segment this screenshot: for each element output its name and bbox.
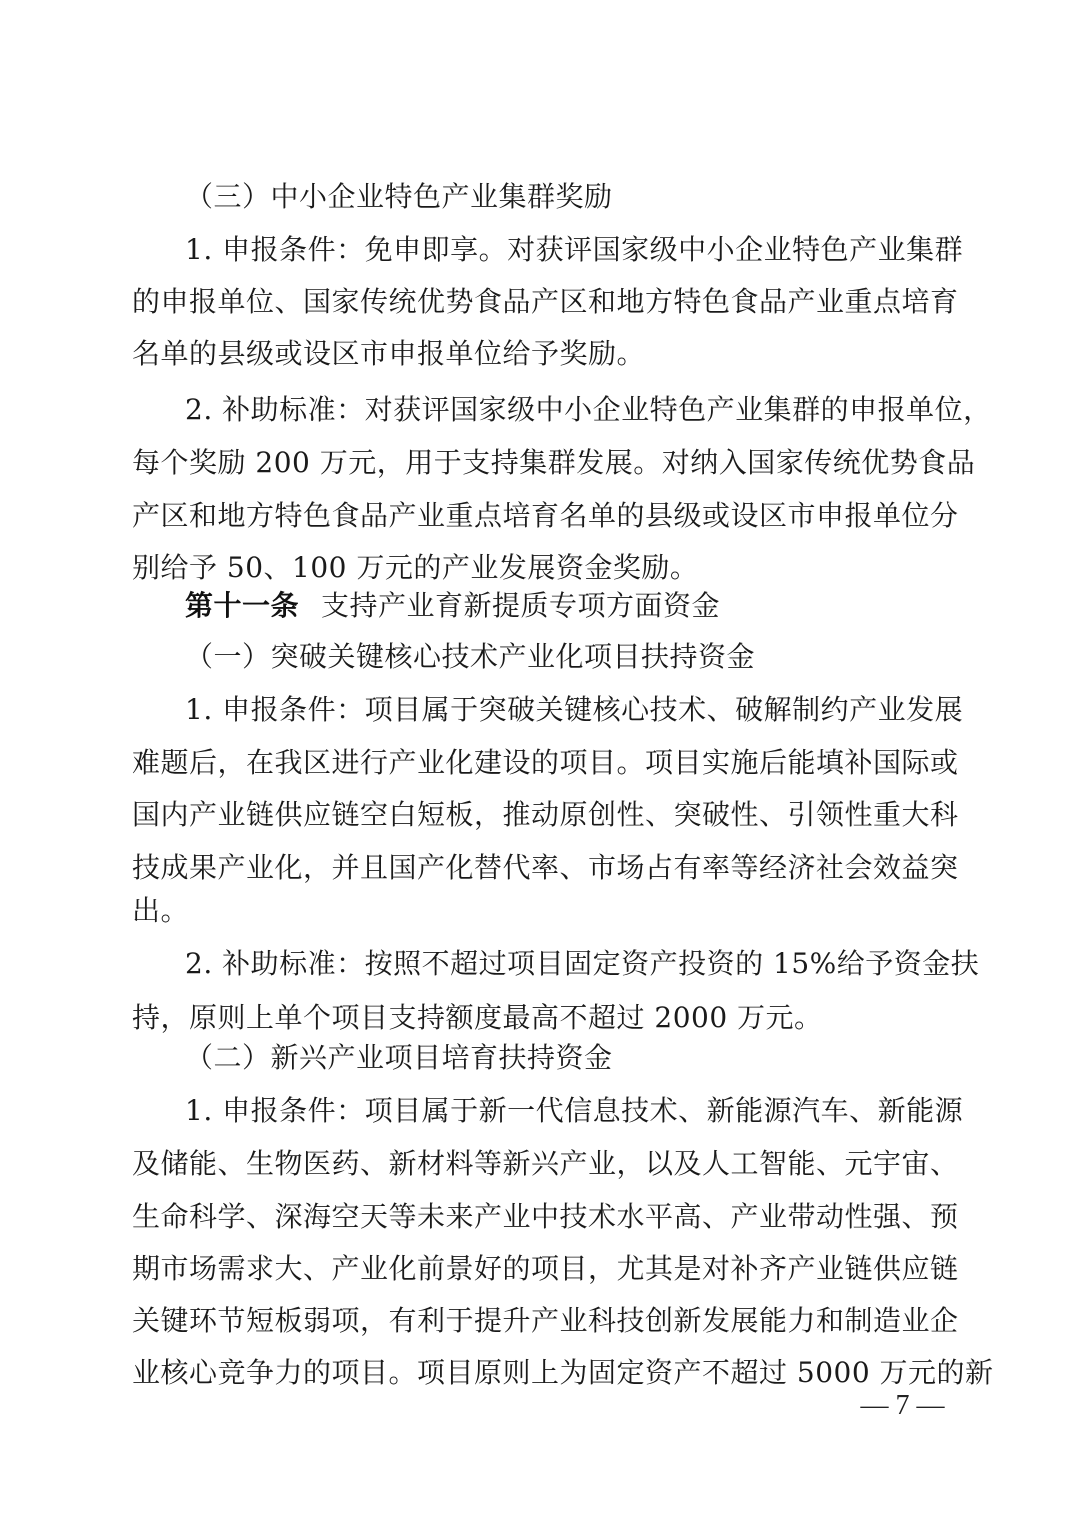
- paragraph-line: 期市场需求大、产业化前景好的项目，尤其是对补齐产业链供应链: [132, 1249, 932, 1289]
- paragraph-line: 生命科学、深海空天等未来产业中技术水平高、产业带动性强、预: [132, 1197, 932, 1237]
- section-title: （三）中小企业特色产业集群奖励: [185, 177, 613, 217]
- paragraph-line: 关键环节短板弱项，有利于提升产业科技创新发展能力和制造业企: [132, 1301, 932, 1341]
- paragraph-line: 别给予 50、100 万元的产业发展资金奖励。: [132, 548, 932, 588]
- paragraph-line: 产区和地方特色食品产业重点培育名单的县级或设区市申报单位分: [132, 496, 932, 536]
- paragraph-line: 名单的县级或设区市申报单位给予奖励。: [132, 334, 932, 374]
- paragraph-line: 1. 申报条件：免申即享。对获评国家级中小企业特色产业集群: [185, 230, 932, 270]
- paragraph-line: 2. 补助标准：对获评国家级中小企业特色产业集群的申报单位，: [185, 390, 932, 430]
- section-title: （一）突破关键核心技术产业化项目扶持资金: [185, 637, 755, 677]
- paragraph-line: 国内产业链供应链空白短板，推动原创性、突破性、引领性重大科: [132, 795, 932, 835]
- paragraph-line: 技成果产业化，并且国产化替代率、市场占有率等经济社会效益突: [132, 848, 932, 888]
- paragraph-line: 持，原则上单个项目支持额度最高不超过 2000 万元。: [132, 998, 932, 1038]
- paragraph-line: 出。: [132, 891, 932, 931]
- section-title: （二）新兴产业项目培育扶持资金: [185, 1038, 613, 1078]
- paragraph-line: 每个奖励 200 万元，用于支持集群发展。对纳入国家传统优势食品: [132, 443, 932, 483]
- page-number: — 7 —: [855, 1390, 950, 1422]
- paragraph-line: 业核心竞争力的项目。项目原则上为固定资产不超过 5000 万元的新: [132, 1353, 932, 1393]
- article-heading: 第十一条支持产业育新提质专项方面资金: [185, 586, 720, 626]
- article-number: 第十一条: [185, 589, 299, 622]
- paragraph-line: 难题后，在我区进行产业化建设的项目。项目实施后能填补国际或: [132, 743, 932, 783]
- paragraph-line: 1. 申报条件：项目属于新一代信息技术、新能源汽车、新能源: [185, 1091, 932, 1131]
- article-title: 支持产业育新提质专项方面资金: [321, 589, 720, 622]
- paragraph-line: 及储能、生物医药、新材料等新兴产业，以及人工智能、元宇宙、: [132, 1144, 932, 1184]
- paragraph-line: 的申报单位、国家传统优势食品产区和地方特色食品产业重点培育: [132, 282, 932, 322]
- document-page: （三）中小企业特色产业集群奖励 1. 申报条件：免申即享。对获评国家级中小企业特…: [0, 0, 1074, 1520]
- paragraph-line: 2. 补助标准：按照不超过项目固定资产投资的 15%给予资金扶: [185, 944, 932, 984]
- paragraph-line: 1. 申报条件：项目属于突破关键核心技术、破解制约产业发展: [185, 690, 932, 730]
